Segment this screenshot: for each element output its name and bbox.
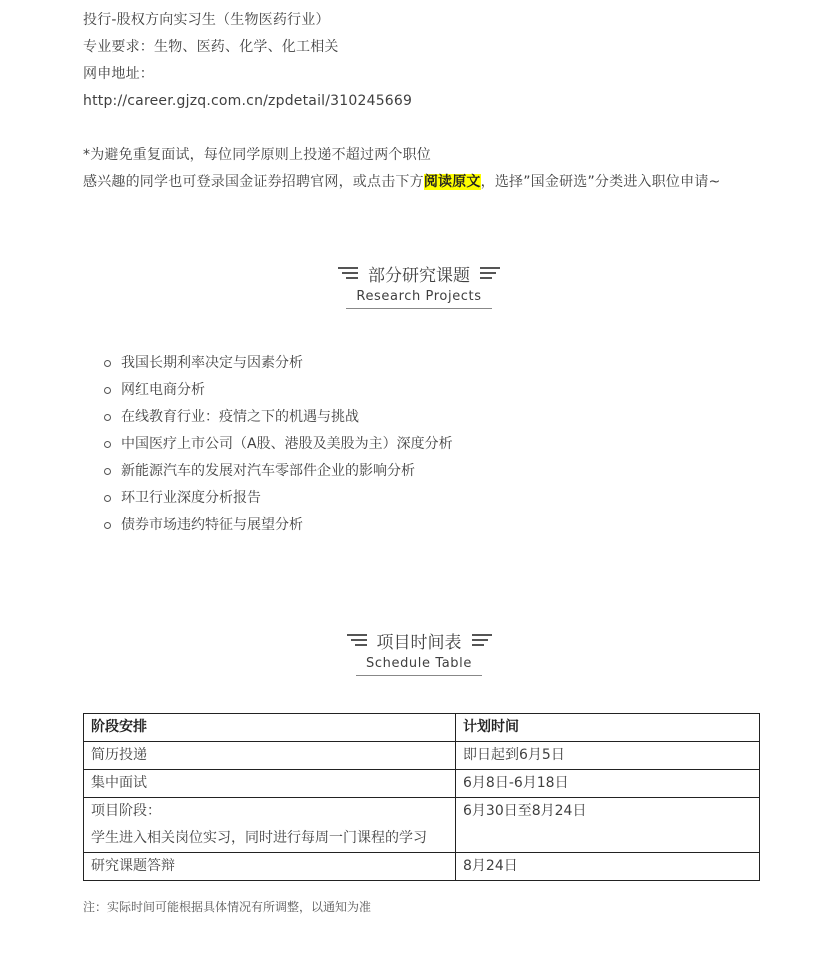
menu-lines-icon: [480, 267, 500, 279]
schedule-section-title: 项目时间表: [377, 628, 462, 653]
list-item: 环卫行业深度分析报告: [104, 485, 453, 512]
call-to-action: 感兴趣的同学也可登录国金证券招聘官网，或点击下方阅读原文，选择”国金研选”分类进…: [83, 172, 720, 192]
research-section-header: 部分研究课题 Research Projects: [0, 261, 838, 309]
position-title: 投行-股权方向实习生（生物医药行业）: [83, 10, 330, 30]
research-section-title: 部分研究课题: [368, 261, 470, 286]
cta-text-before: 感兴趣的同学也可登录国金证券招聘官网，或点击下方: [83, 174, 424, 190]
table-row: 项目阶段： 学生进入相关岗位实习，同时进行每周一门课程的学习 6月30日至8月2…: [84, 798, 760, 853]
list-item: 在线教育行业：疫情之下的机遇与挑战: [104, 404, 453, 431]
menu-lines-icon: [472, 634, 492, 646]
research-section-subtitle: Research Projects: [346, 289, 491, 309]
table-row: 集中面试 6月8日-6月18日: [84, 770, 760, 798]
schedule-table: 阶段安排 计划时间 简历投递 即日起到6月5日 集中面试 6月8日-6月18日 …: [83, 713, 760, 881]
stage-name: 项目阶段：: [91, 798, 448, 825]
cta-text-after: ，选择”国金研选”分类进入职位申请~: [481, 174, 721, 190]
list-item: 网红电商分析: [104, 377, 453, 404]
schedule-note: 注：实际时间可能根据具体情况有所调整，以通知为准: [83, 898, 371, 915]
major-requirement: 专业要求：生物、医药、化学、化工相关: [83, 37, 339, 57]
menu-lines-icon: [338, 267, 358, 279]
table-row: 简历投递 即日起到6月5日: [84, 742, 760, 770]
stage-detail: 学生进入相关岗位实习，同时进行每周一门课程的学习: [91, 825, 448, 852]
apply-url-link[interactable]: http://career.gjzq.com.cn/zpdetail/31024…: [83, 91, 412, 111]
list-item: 债券市场违约特征与展望分析: [104, 512, 453, 539]
time-cell: 8月24日: [456, 853, 760, 881]
stage-cell: 简历投递: [84, 742, 456, 770]
list-item: 中国医疗上市公司（A股、港股及美股为主）深度分析: [104, 431, 453, 458]
time-cell: 6月30日至8月24日: [456, 798, 760, 853]
schedule-section-subtitle: Schedule Table: [356, 656, 482, 676]
read-original-highlight: 阅读原文: [424, 174, 481, 190]
stage-cell: 研究课题答辩: [84, 853, 456, 881]
application-notice: *为避免重复面试，每位同学原则上投递不超过两个职位: [83, 145, 431, 165]
header-time: 计划时间: [456, 714, 760, 742]
list-item: 我国长期利率决定与因素分析: [104, 350, 453, 377]
list-item: 新能源汽车的发展对汽车零部件企业的影响分析: [104, 458, 453, 485]
table-header-row: 阶段安排 计划时间: [84, 714, 760, 742]
schedule-section-header: 项目时间表 Schedule Table: [0, 628, 838, 676]
time-cell: 6月8日-6月18日: [456, 770, 760, 798]
apply-label: 网申地址：: [83, 64, 154, 84]
header-stage: 阶段安排: [84, 714, 456, 742]
table-row: 研究课题答辩 8月24日: [84, 853, 760, 881]
stage-cell: 项目阶段： 学生进入相关岗位实习，同时进行每周一门课程的学习: [84, 798, 456, 853]
time-cell: 即日起到6月5日: [456, 742, 760, 770]
research-project-list: 我国长期利率决定与因素分析 网红电商分析 在线教育行业：疫情之下的机遇与挑战 中…: [104, 350, 453, 539]
menu-lines-icon: [347, 634, 367, 646]
stage-cell: 集中面试: [84, 770, 456, 798]
